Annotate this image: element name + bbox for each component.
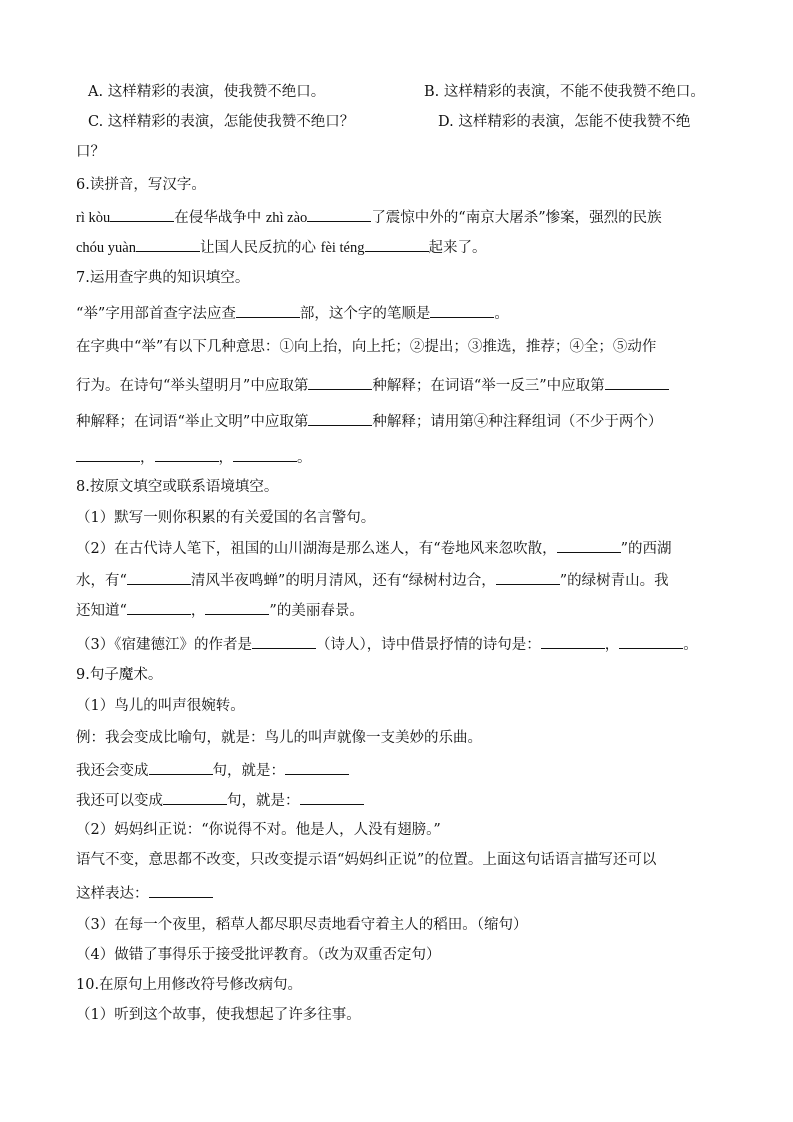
- text-segment: 在侵华战争中: [174, 210, 266, 226]
- text-segment: ”的绿树青山。我: [560, 573, 669, 589]
- question-7-title: 7.运用查字典的知识填空。: [76, 268, 249, 288]
- text-segment: 种解释；在词语“举一反三”中应取第: [372, 378, 604, 394]
- question-9-example: 例：我会变成比喻句，就是：鸟儿的叫声就像一支美妙的乐曲。: [76, 728, 482, 748]
- text-segment: 清风半夜鸣蝉”的明月清风，还有“绿树村边合，: [191, 573, 496, 589]
- text-segment: 还知道“: [76, 603, 127, 619]
- text-segment: “举”字用部首查字法应查: [76, 306, 236, 322]
- answer-blank[interactable]: [430, 303, 494, 318]
- separator: ，: [140, 450, 155, 466]
- text-segment: 句，就是：: [227, 793, 300, 809]
- text-segment: 。: [494, 306, 509, 322]
- text-segment: 我还可以变成: [76, 793, 163, 809]
- answer-blank[interactable]: [541, 634, 605, 649]
- answer-blank[interactable]: [127, 600, 191, 615]
- pinyin-chouyuan: chóu yuàn: [76, 240, 136, 256]
- answer-blank[interactable]: [308, 411, 372, 426]
- text-segment: ”的西湖: [621, 541, 672, 557]
- text-segment: 行为。在诗句“举头望明月”中应取第: [76, 378, 308, 394]
- answer-blank[interactable]: [496, 570, 560, 585]
- pinyin-zhizao: zhì zào: [266, 210, 307, 226]
- answer-blank[interactable]: [110, 207, 174, 222]
- text-segment: 部，这个字的笔顺是: [300, 306, 431, 322]
- question-8-sub-1: （1）默写一则你积累的有关爱国的名言警句。: [76, 508, 375, 528]
- text-segment: 了震惊中外的“南京大屠杀”惨案，强烈的民族: [371, 210, 661, 226]
- answer-blank[interactable]: [163, 790, 227, 805]
- answer-blank[interactable]: [233, 447, 297, 462]
- answer-blank[interactable]: [252, 634, 316, 649]
- text-segment: 种解释；请用第④种注释组词（不少于两个）: [372, 414, 662, 430]
- text-segment: 起来了。: [429, 240, 487, 256]
- question-9-title: 9.句子魔术。: [76, 665, 162, 685]
- question-9-sub-2: （2）妈妈纠正说：“你说得不对。他是人，人没有翅膀。”: [76, 820, 441, 840]
- text-segment: 让国人民反抗的心: [200, 240, 321, 256]
- question-7-line-4: 种解释；在词语“举止文明”中应取第种解释；请用第④种注释组词（不少于两个）: [76, 411, 662, 432]
- text-segment: 我还会变成: [76, 763, 149, 779]
- answer-blank[interactable]: [149, 760, 213, 775]
- text-segment: 。: [683, 637, 698, 653]
- question-8-sub-2-line-3: 还知道“，”的美丽春景。: [76, 600, 364, 621]
- question-7-line-1: “举”字用部首查字法应查部，这个字的笔顺是。: [76, 303, 509, 324]
- answer-blank[interactable]: [155, 447, 219, 462]
- text-segment: （2）在古代诗人笔下，祖国的山川湖海是那么迷人，有“卷地风来忽吹散，: [76, 541, 557, 557]
- question-10-sub-1: （1）听到这个故事，使我想起了许多往事。: [76, 1005, 361, 1025]
- option-c: C. 这样精彩的表演，怎能使我赞不绝口？: [88, 112, 354, 132]
- text-segment: 种解释；在词语“举止文明”中应取第: [76, 414, 308, 430]
- answer-blank[interactable]: [300, 790, 364, 805]
- question-9-sub-1: （1）鸟儿的叫声很婉转。: [76, 696, 245, 716]
- answer-blank[interactable]: [605, 375, 669, 390]
- question-6-line-2: chóu yuàn让国人民反抗的心 fèi téng起来了。: [76, 237, 487, 258]
- answer-blank[interactable]: [236, 303, 300, 318]
- question-9-sub-3: （3）在每一个夜里，稻草人都尽职尽责地看守着主人的稻田。（缩句）: [76, 915, 527, 935]
- question-8-sub-3: （3）《宿建德江》的作者是（诗人），诗中借景抒情的诗句是：，。: [76, 634, 698, 655]
- answer-blank[interactable]: [76, 447, 140, 462]
- answer-blank[interactable]: [136, 237, 200, 252]
- answer-blank[interactable]: [127, 570, 191, 585]
- text-segment: ”的美丽春景。: [269, 603, 363, 619]
- text-segment: 这样表达：: [76, 886, 149, 902]
- answer-blank[interactable]: [619, 634, 683, 649]
- question-6-title: 6.读拼音，写汉字。: [76, 175, 206, 195]
- answer-blank[interactable]: [365, 237, 429, 252]
- question-10-title: 10.在原句上用修改符号修改病句。: [76, 975, 302, 995]
- text-segment: ，: [191, 603, 206, 619]
- option-a: A. 这样精彩的表演，使我赞不绝口。: [88, 82, 325, 102]
- question-9-sub-4: （4）做错了事得乐于接受批评教育。（改为双重否定句）: [76, 945, 440, 965]
- question-7-line-3: 行为。在诗句“举头望明月”中应取第种解释；在词语“举一反三”中应取第: [76, 375, 669, 396]
- question-6-line-1: rì kòu在侵华战争中 zhì zào了震惊中外的“南京大屠杀”惨案，强烈的民…: [76, 207, 662, 228]
- question-8-sub-2-line-2: 水，有“清风半夜鸣蝉”的明月清风，还有“绿树村边合，”的绿树青山。我: [76, 570, 669, 591]
- answer-blank[interactable]: [308, 375, 372, 390]
- answer-blank[interactable]: [307, 207, 371, 222]
- text-segment: 水，有“: [76, 573, 127, 589]
- option-d-continued: 口？: [76, 142, 105, 162]
- option-d: D. 这样精彩的表演，怎能不使我赞不绝: [438, 112, 690, 132]
- pinyin-rikou: rì kòu: [76, 210, 110, 226]
- option-b: B. 这样精彩的表演，不能不使我赞不绝口。: [424, 82, 705, 102]
- text-segment: （3）《宿建德江》的作者是: [76, 637, 252, 653]
- question-8-sub-2-line-1: （2）在古代诗人笔下，祖国的山川湖海是那么迷人，有“卷地风来忽吹散，”的西湖: [76, 538, 672, 559]
- text-segment: （诗人），诗中借景抒情的诗句是：: [316, 637, 541, 653]
- separator: 。: [297, 450, 312, 466]
- question-9-line-b: 我还可以变成句，就是：: [76, 790, 364, 811]
- answer-blank[interactable]: [557, 538, 621, 553]
- question-9-sub-2-answer-line: 这样表达：: [76, 883, 213, 904]
- text-segment: ，: [605, 637, 620, 653]
- question-9-line-a: 我还会变成句，就是：: [76, 760, 349, 781]
- question-9-sub-2-instruction: 语气不变，意思都不改变，只改变提示语“妈妈纠正说”的位置。上面这句话语言描写还可…: [76, 850, 656, 870]
- answer-blank[interactable]: [205, 600, 269, 615]
- question-8-title: 8.按原文填空或联系语境填空。: [76, 477, 278, 497]
- text-segment: 句，就是：: [213, 763, 286, 779]
- separator: ，: [219, 450, 234, 466]
- answer-blank[interactable]: [285, 760, 349, 775]
- question-7-line-2: 在字典中“举”有以下几种意思：①向上抬，向上托；②提出；③推选，推荐；④全；⑤动…: [76, 337, 656, 357]
- pinyin-feiteng: fèi téng: [321, 240, 365, 256]
- question-7-line-5: ，，。: [76, 447, 312, 468]
- answer-blank[interactable]: [149, 883, 213, 898]
